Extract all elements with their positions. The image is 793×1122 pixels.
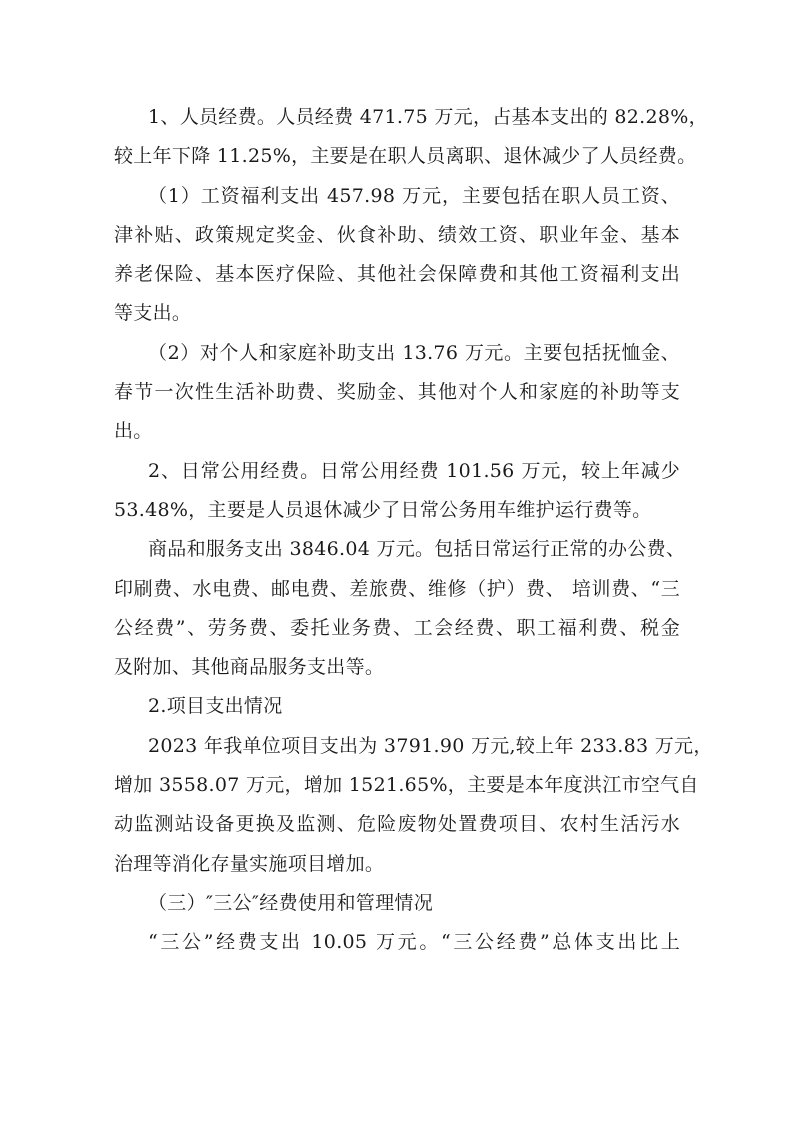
text-line: 动监测站设备更换及监测、危险废物处置费项目、农村生活污水 [114, 805, 680, 844]
text-line: 津补贴、政策规定奖金、伙食补助、绩效工资、职业年金、基本 [114, 216, 680, 255]
text-line: 等支出。 [114, 294, 680, 333]
paragraph-goods-services: 商品和服务支出 3846.04 万元。包括日常运行正常的办公费、 印刷费、水电费… [114, 530, 680, 687]
text-line: 养老保险、基本医疗保险、其他社会保障费和其他工资福利支出 [114, 255, 680, 294]
section-heading-project-expenses: 2.项目支出情况 [114, 687, 680, 726]
text-line: 出。 [114, 412, 680, 451]
document-page: 1、人员经费。人员经费 471.75 万元，占基本支出的 82.28%， 较上年… [0, 0, 793, 1122]
heading-line: （三）″三公″经费使用和管理情况 [114, 884, 680, 923]
section-heading-three-public: （三）″三公″经费使用和管理情况 [114, 884, 680, 923]
text-line: 印刷费、水电费、邮电费、差旅费、维修（护）费、 培训费、“三 [114, 570, 680, 609]
paragraph-project-expenses: 2023 年我单位项目支出为 3791.90 万元,较上年 233.83 万元，… [114, 727, 680, 884]
text-line: “三公”经费支出 10.05 万元。“三公经费”总体支出比上 [114, 923, 680, 962]
text-line: 增加 3558.07 万元，增加 1521.65%，主要是本年度洪江市空气自 [114, 766, 680, 805]
heading-line: 2.项目支出情况 [114, 687, 680, 726]
text-line: 较上年下降 11.25%，主要是在职人员离职、退休减少了人员经费。 [114, 137, 680, 176]
text-line: 53.48%，主要是人员退休减少了日常公务用车维护运行费等。 [114, 491, 680, 530]
document-body: 1、人员经费。人员经费 471.75 万元，占基本支出的 82.28%， 较上年… [114, 98, 680, 963]
text-line: 及附加、其他商品服务支出等。 [114, 648, 680, 687]
text-line: （1）工资福利支出 457.98 万元，主要包括在职人员工资、 [114, 177, 680, 216]
paragraph-daily-public-expenses: 2、日常公用经费。日常公用经费 101.56 万元，较上年减少 53.48%，主… [114, 452, 680, 531]
text-line: 1、人员经费。人员经费 471.75 万元，占基本支出的 82.28%， [114, 98, 680, 137]
paragraph-individual-family-subsidy: （2）对个人和家庭补助支出 13.76 万元。主要包括抚恤金、 春节一次性生活补… [114, 334, 680, 452]
text-line: 公经费”、劳务费、委托业务费、工会经费、职工福利费、税金 [114, 609, 680, 648]
paragraph-salary-welfare: （1）工资福利支出 457.98 万元，主要包括在职人员工资、 津补贴、政策规定… [114, 177, 680, 334]
paragraph-three-public-expenses: “三公”经费支出 10.05 万元。“三公经费”总体支出比上 [114, 923, 680, 962]
text-line: 2023 年我单位项目支出为 3791.90 万元,较上年 233.83 万元， [114, 727, 680, 766]
text-line: 2、日常公用经费。日常公用经费 101.56 万元，较上年减少 [114, 452, 680, 491]
text-line: 治理等消化存量实施项目增加。 [114, 845, 680, 884]
text-line: 商品和服务支出 3846.04 万元。包括日常运行正常的办公费、 [114, 530, 680, 569]
text-line: 春节一次性生活补助费、奖励金、其他对个人和家庭的补助等支 [114, 373, 680, 412]
paragraph-personnel-expenses: 1、人员经费。人员经费 471.75 万元，占基本支出的 82.28%， 较上年… [114, 98, 680, 177]
text-line: （2）对个人和家庭补助支出 13.76 万元。主要包括抚恤金、 [114, 334, 680, 373]
